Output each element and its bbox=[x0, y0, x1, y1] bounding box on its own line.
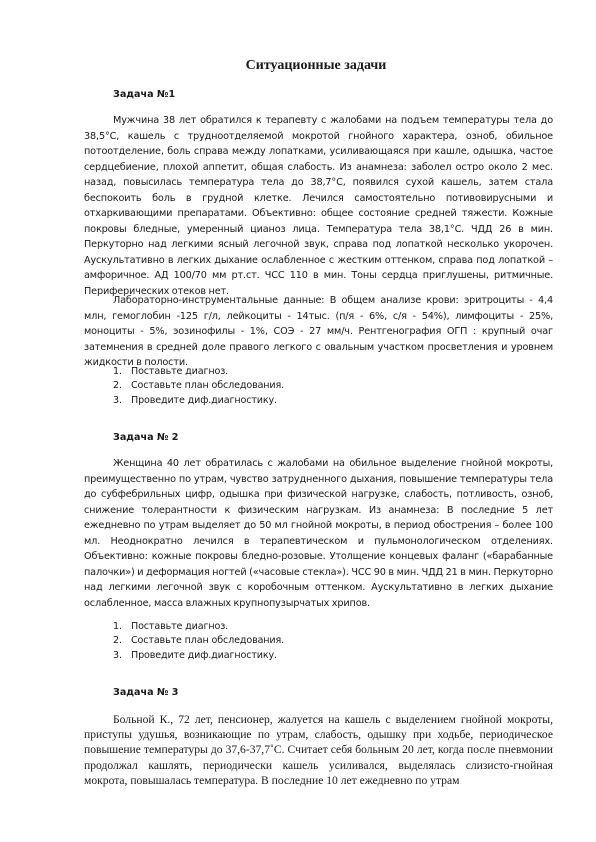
question-number: 2. bbox=[113, 379, 122, 393]
task-1-lab-paragraph: Лабораторно-инструментальные данные: В о… bbox=[84, 293, 553, 371]
page-title: Ситуационные задачи bbox=[0, 58, 596, 74]
task-1-questions: 1.Поставьте диагноз. 2.Составьте план об… bbox=[113, 365, 284, 408]
task-1-heading: Задача №1 bbox=[113, 89, 175, 100]
question-text: Поставьте диагноз. bbox=[131, 366, 228, 377]
question-item: 1.Поставьте диагноз. bbox=[113, 365, 284, 379]
question-item: 3.Проведите диф.диагностику. bbox=[113, 649, 284, 663]
question-text: Проведите диф.диагностику. bbox=[131, 395, 277, 406]
question-text: Составьте план обследования. bbox=[131, 380, 284, 391]
task-2-questions: 1.Поставьте диагноз. 2.Составьте план об… bbox=[113, 620, 284, 663]
question-text: Проведите диф.диагностику. bbox=[131, 650, 277, 661]
question-number: 1. bbox=[113, 365, 122, 379]
question-text: Составьте план обследования. bbox=[131, 635, 284, 646]
question-text: Поставьте диагноз. bbox=[131, 621, 228, 632]
question-number: 3. bbox=[113, 394, 122, 408]
question-item: 3.Проведите диф.диагностику. bbox=[113, 394, 284, 408]
task-2-case-paragraph: Женщина 40 лет обратилась с жалобами на … bbox=[84, 456, 553, 611]
task-2-heading: Задача № 2 bbox=[113, 432, 178, 443]
task-1-case-paragraph: Мужчина 38 лет обратился к терапевту с ж… bbox=[84, 113, 553, 299]
task-3-case-paragraph: Больной К., 72 лет, пенсионер, жалуется … bbox=[84, 712, 553, 788]
question-item: 2.Составьте план обследования. bbox=[113, 379, 284, 393]
question-item: 1.Поставьте диагноз. bbox=[113, 620, 284, 634]
document-page: Ситуационные задачи Задача №1 Мужчина 38… bbox=[0, 0, 596, 842]
task-3-heading: Задача № 3 bbox=[113, 687, 178, 698]
question-item: 2.Составьте план обследования. bbox=[113, 634, 284, 648]
question-number: 2. bbox=[113, 634, 122, 648]
question-number: 1. bbox=[113, 620, 122, 634]
question-number: 3. bbox=[113, 649, 122, 663]
